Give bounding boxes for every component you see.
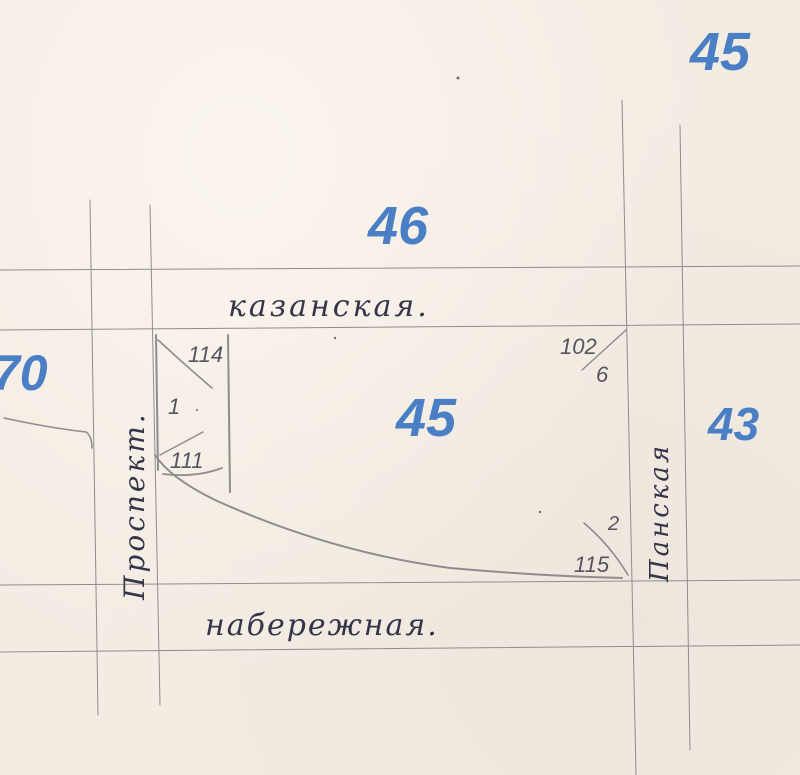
north-street-upper-line (0, 266, 800, 270)
parcel-number-115: 115 (574, 552, 610, 577)
block-number-top-right: 45 (689, 22, 751, 82)
parcel-number-2: 2 (607, 513, 619, 535)
parcel-number-1: 1 (168, 394, 180, 419)
block-number-west: 70 (0, 345, 48, 401)
parcel-number-102: 102 (560, 334, 597, 359)
block-map: 45 46 45 70 43 казанская. набережная. Пр… (0, 0, 800, 775)
north-street-lower-line (0, 324, 800, 330)
street-name-east: Панская (645, 443, 675, 583)
embankment-curve (155, 455, 622, 578)
west-block-boundary (4, 418, 92, 448)
parcel-strip-east-edge (228, 335, 230, 492)
block-number-center: 45 (395, 388, 457, 448)
parcel-number-6: 6 (596, 362, 609, 387)
pencil-dot (539, 511, 541, 513)
west-street-left-line (90, 200, 98, 715)
pencil-dot (334, 337, 336, 339)
street-name-south: набережная. (205, 608, 439, 643)
south-street-lower-line (0, 645, 800, 652)
parcel-west-edge (156, 335, 158, 470)
parcel-outlines (4, 330, 628, 578)
parcel-number-111: 111 (170, 448, 203, 473)
street-name-north: казанская. (228, 289, 430, 324)
east-street-left-line (622, 100, 636, 775)
pencil-dot (196, 409, 198, 411)
parcel-numbers: 114 111 1 102 6 115 2 (168, 334, 619, 577)
block-number-east: 43 (707, 398, 760, 450)
east-street-right-line (680, 125, 690, 750)
street-name-west: Проспект. (118, 411, 151, 601)
parcel-number-114: 114 (188, 342, 223, 367)
block-numbers: 45 46 45 70 43 (0, 22, 760, 450)
block-number-north: 46 (367, 196, 429, 256)
pencil-dot (457, 77, 460, 80)
